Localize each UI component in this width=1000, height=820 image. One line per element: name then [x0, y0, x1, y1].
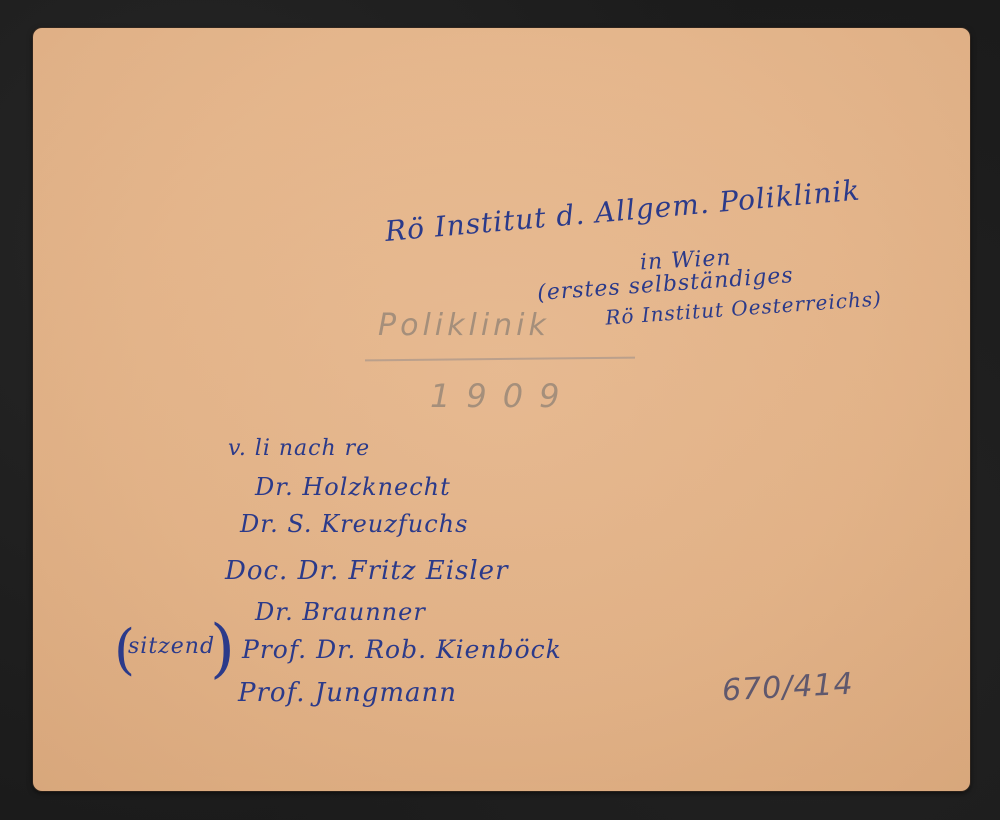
persons-heading: v. li nach re [228, 436, 370, 461]
person-name: Dr. Holzknecht [255, 473, 451, 501]
pencil-year: 1909 [430, 377, 575, 415]
person-name: Prof. Dr. Rob. Kienböck [242, 635, 562, 664]
person-name: Dr. Braunner [255, 598, 426, 626]
person-name: Prof. Jungmann [238, 678, 457, 708]
seated-note: sitzend [128, 634, 215, 659]
catalog-number: 670/414 [721, 667, 854, 709]
person-name: Dr. S. Kreuzfuchs [240, 510, 468, 538]
pencil-title: Poliklinik [378, 308, 550, 343]
seated-bracket-close: ) [210, 612, 235, 686]
person-name: Doc. Dr. Fritz Eisler [225, 556, 509, 586]
